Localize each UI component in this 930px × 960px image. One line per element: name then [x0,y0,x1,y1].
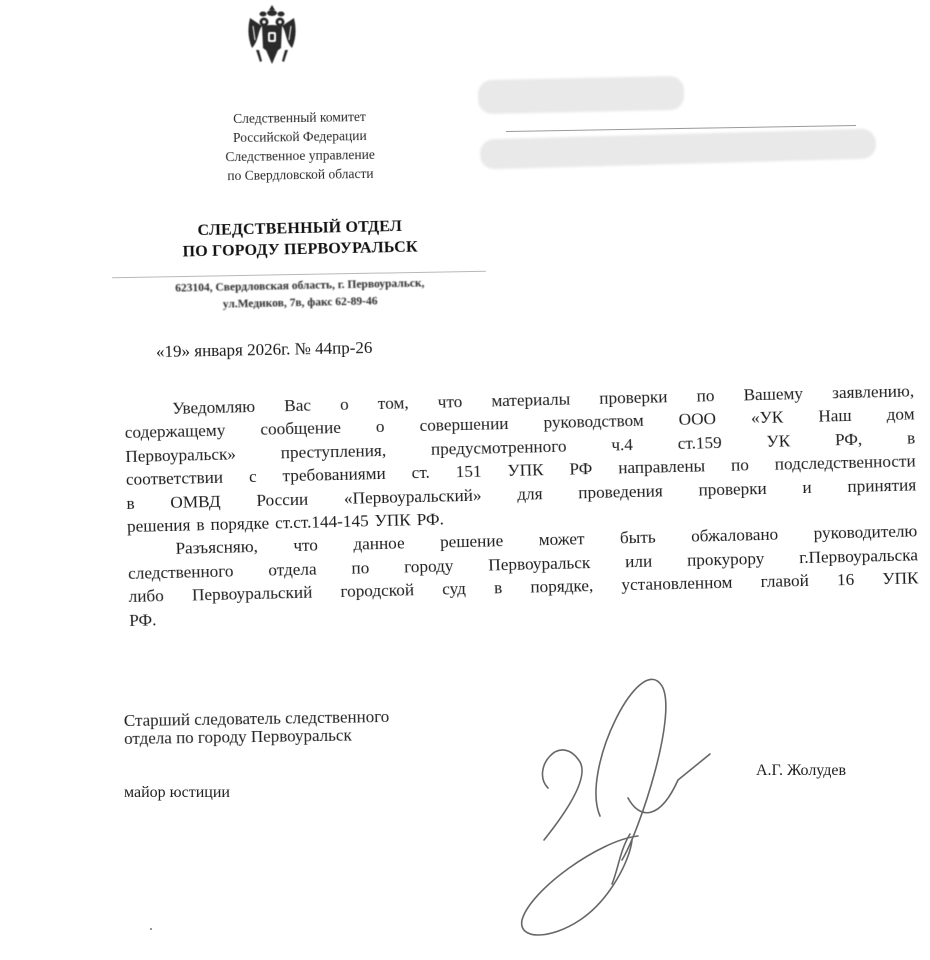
organization-name: Следственный комитет Российской Федераци… [149,106,450,187]
word: по [696,384,714,408]
word: Разъясняю, [175,535,258,560]
russian-coat-of-arms-icon [244,4,300,70]
word: установленном [621,571,733,597]
word: в [196,513,205,537]
word: суд [442,577,466,601]
position-line: отдела по городу Первоуральск [124,726,390,748]
word: в [907,426,916,450]
word: подследственности [775,450,916,477]
word: в [494,576,503,600]
word: о [340,393,349,417]
word: УПК [507,458,544,482]
word: по [351,556,369,580]
word: преступления, [280,439,386,465]
letter-page: Следственный комитет Российской Федераци… [0,0,930,960]
word: с [249,465,257,489]
word: «Первоуральский» [344,483,482,510]
word: принятия [847,473,916,498]
word: и [802,475,812,499]
word: в [126,491,135,515]
word: Вашему [743,382,803,407]
word: требованиями [282,462,386,488]
word: предусмотренного [431,434,567,461]
letter-body: УведомляюВасотом,чтоматериалыпроверкипоВ… [124,379,919,631]
word: УПК [882,566,919,590]
word: РФ [569,457,592,481]
redacted-recipient-name [478,76,685,114]
word: ст.159 [677,431,721,455]
word: ООО [678,407,716,431]
word: сообщение [260,416,341,441]
word: порядке [210,512,269,537]
word: следственного [128,559,234,585]
word: отдела [268,557,317,582]
word: проверки [698,476,767,501]
word: Уведомляю [172,395,255,420]
word: городской [340,578,414,603]
word: Первоуральский [192,581,313,607]
word: порядке, [530,574,593,599]
word: направлены [618,455,705,480]
word: РФ, [835,427,863,451]
word: руководителю [813,520,917,546]
word: данное [353,532,405,557]
department-address: 623104, Свердловская область, г. Первоур… [120,274,481,316]
word: прокурору [687,547,765,572]
redacted-recipient-address [480,128,877,169]
word: УПК [374,508,411,532]
word: Наш [818,404,852,428]
word: либо [128,584,164,608]
word: что [293,534,318,558]
word: городу [404,554,454,579]
word: РФ. [129,608,157,632]
department-name: СЛЕДСТВЕННЫЙ ОТДЕЛ ПО ГОРОДУ ПЕРВОУРАЛЬС… [120,214,481,264]
word: быть [620,526,656,550]
word: дом [886,403,914,427]
word: материалы [491,387,570,412]
word: решения [127,513,191,538]
word: обжаловано [691,523,779,548]
word: соответствии [126,466,224,492]
word: РФ. [416,507,444,531]
word: ст.ст.144-145 [275,509,369,535]
signer-name: А.Г. Жолудев [756,762,846,780]
word: ст. [411,461,430,485]
word: может [538,528,584,552]
word: ОМВД [170,489,221,514]
word: для [517,482,543,506]
word: решение [440,529,504,554]
word: проверки [599,385,668,410]
signer-position: Старший следователь следственного отдела… [124,708,390,748]
word: 151 [455,460,481,484]
scan-speck [150,928,152,930]
word: совершении [419,412,508,437]
word: проведения [578,479,663,504]
word: руководством [543,409,644,435]
word: Вас [284,394,311,418]
word: заявлению, [832,379,914,404]
word: что [437,390,462,414]
word: 16 [837,568,855,592]
word: УК [766,429,790,453]
word: или [625,549,653,573]
word: Первоуральск [488,551,590,577]
word: «УК [751,406,784,430]
word: Первоуральск» [125,442,236,468]
word: России [256,487,308,512]
word: г.Первоуральска [799,543,918,569]
word: по [731,453,749,477]
word: ч.4 [611,433,633,457]
date-and-number: «19» января 2026г. № 44пр-26 [156,338,373,362]
signer-rank: майор юстиции [124,784,230,802]
word: главой [760,569,809,594]
handwritten-signature-icon [520,670,760,940]
word: содержащему [125,419,226,445]
word: о [376,415,385,439]
word: том, [378,391,409,415]
org-line: по Свердловской области [150,163,450,187]
